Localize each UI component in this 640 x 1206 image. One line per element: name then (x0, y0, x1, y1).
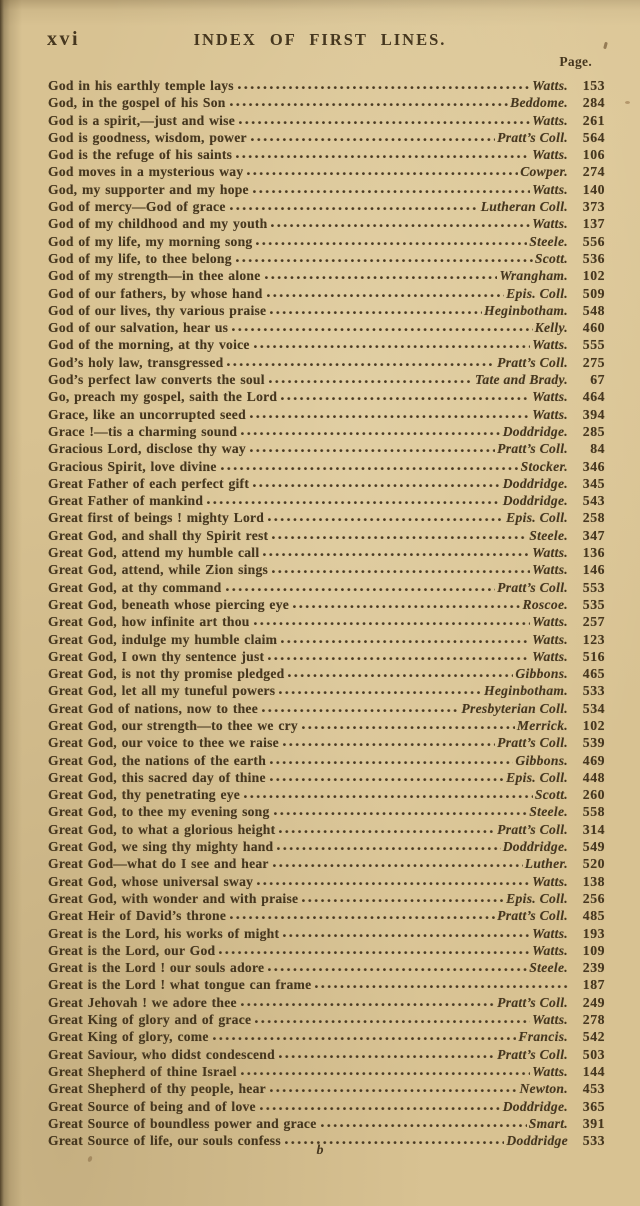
page-number: 109 (571, 942, 605, 959)
dot-leader (249, 406, 530, 419)
signature-mark: b (0, 1143, 640, 1159)
index-entry: Great Source of being and of love Doddri… (48, 1098, 605, 1115)
dot-leader (252, 475, 501, 488)
first-line-text: God moves in a mysterious way (48, 163, 243, 180)
page-number: 260 (571, 786, 605, 803)
running-title: INDEX OF FIRST LINES. (0, 30, 640, 50)
index-entry: Great Father of mankind Doddridge. 543 (48, 492, 605, 509)
page-number: 394 (571, 406, 605, 423)
author-name: Roscoe. (522, 596, 568, 613)
first-line-text: God’s perfect law converts the soul (48, 371, 265, 388)
first-line-text: God is goodness, wisdom, power (48, 129, 247, 146)
index-entry: God is goodness, wisdom, power Pratt’s C… (48, 129, 605, 146)
author-name: Watts. (532, 336, 568, 353)
dot-leader (269, 1080, 518, 1093)
author-name: Doddridge. (503, 492, 568, 509)
index-entry: Great Heir of David’s throne Pratt’s Col… (48, 907, 605, 924)
index-entry: Great is the Lord, his works of might Wa… (48, 925, 605, 942)
first-line-text: God of my life, my morning song (48, 233, 252, 250)
index-entry: God’s perfect law converts the soul Tate… (48, 371, 605, 388)
first-line-text: Great God, our voice to thee we raise (48, 734, 279, 751)
dot-leader (226, 354, 495, 367)
author-name: Lutheran Coll. (481, 198, 568, 215)
index-entry: God of my strength—in thee alone Wrangha… (48, 267, 605, 284)
first-line-text: Great King of glory and of grace (48, 1011, 251, 1028)
index-entry: Great God—what do I see and hear Luther.… (48, 855, 605, 872)
page-number: 106 (571, 146, 605, 163)
index-entry: Great God of nations, now to thee Presby… (48, 700, 605, 717)
index-entry: Great God, attend, while Zion sings Watt… (48, 561, 605, 578)
first-line-text: Great God, to thee my evening song (48, 803, 270, 820)
index-entry: God of our salvation, hear us Kelly. 460 (48, 319, 605, 336)
first-line-text: Great God, whose universal sway (48, 873, 253, 890)
index-entry: God, in the gospel of his Son Beddome. 2… (48, 94, 605, 111)
index-entry: God is a spirit,—just and wise Watts. 26… (48, 112, 605, 129)
page-number: 464 (571, 388, 605, 405)
index-entry: God is the refuge of his saints Watts. 1… (48, 146, 605, 163)
first-line-text: God of my childhood and my youth (48, 215, 267, 232)
author-name: Kelly. (535, 319, 568, 336)
index-entry: God moves in a mysterious way Cowper. 27… (48, 163, 605, 180)
dot-leader (273, 803, 528, 816)
index-entry: Great is the Lord ! our souls adore Stee… (48, 959, 605, 976)
index-entry: Grace !—tis a charming sound Doddridge. … (48, 423, 605, 440)
first-line-text: Great God, this sacred day of thine (48, 769, 266, 786)
first-line-text: Go, preach my gospel, saith the Lord (48, 388, 277, 405)
author-name: Heginbotham. (484, 302, 568, 319)
book-page: xvi INDEX OF FIRST LINES. Page. God in h… (0, 0, 640, 1206)
dot-leader (266, 285, 505, 298)
page-number: 534 (571, 700, 605, 717)
dot-leader (278, 682, 482, 695)
page-number: 347 (571, 527, 605, 544)
author-name: Epis. Coll. (506, 285, 568, 302)
author-name: Watts. (532, 1011, 568, 1028)
page-number: 460 (571, 319, 605, 336)
dot-leader (246, 163, 518, 176)
page-number: 285 (571, 423, 605, 440)
page-number: 485 (571, 907, 605, 924)
author-name: Pratt’s Coll. (497, 354, 568, 371)
author-name: Epis. Coll. (506, 890, 568, 907)
author-name: Watts. (532, 215, 568, 232)
first-line-text: God is the refuge of his saints (48, 146, 232, 163)
paper-speck (87, 1155, 93, 1162)
index-entry: Great God, I own thy sentence just Watts… (48, 648, 605, 665)
first-line-text: Great God, attend, while Zion sings (48, 561, 268, 578)
dot-leader (249, 440, 495, 453)
index-entry: Great God, our voice to thee we raise Pr… (48, 734, 605, 751)
author-name: Pratt’s Coll. (497, 907, 568, 924)
first-line-text: God, my supporter and my hope (48, 181, 249, 198)
dot-leader (301, 717, 515, 730)
page-number: 453 (571, 1080, 605, 1097)
author-name: Gibbons. (515, 665, 568, 682)
dot-leader (253, 336, 530, 349)
author-name: Doddridge. (503, 1098, 568, 1115)
first-line-text: Great King of glory, come (48, 1028, 209, 1045)
first-line-text: God of my life, to thee belong (48, 250, 232, 267)
author-name: Watts. (532, 631, 568, 648)
page-number: 102 (571, 717, 605, 734)
first-line-text: God of mercy—God of grace (48, 198, 226, 215)
first-line-text: Great Source of boundless power and grac… (48, 1115, 317, 1132)
page-number: 257 (571, 613, 605, 630)
dot-leader (264, 267, 498, 280)
dot-leader (220, 458, 519, 471)
dot-leader (267, 959, 527, 972)
page-number: 533 (571, 682, 605, 699)
page-number: 146 (571, 561, 605, 578)
page-number: 564 (571, 129, 605, 146)
first-line-text: Great God, we sing thy mighty hand (48, 838, 273, 855)
page-number: 549 (571, 838, 605, 855)
dot-leader (256, 873, 530, 886)
author-name: Pratt’s Coll. (497, 821, 568, 838)
index-entry: Great Shepherd of thine Israel Watts. 14… (48, 1063, 605, 1080)
dot-leader (229, 907, 495, 920)
author-name: Heginbotham. (484, 682, 568, 699)
first-line-text: Great Jehovah ! we adore thee (48, 994, 237, 1011)
index-entry: Go, preach my gospel, saith the Lord Wat… (48, 388, 605, 405)
first-line-text: Great God, I own thy sentence just (48, 648, 264, 665)
index-entry: Great Shepherd of thy people, hear Newto… (48, 1080, 605, 1097)
dot-leader (262, 544, 530, 557)
author-name: Smart. (529, 1115, 568, 1132)
author-name: Watts. (532, 925, 568, 942)
first-line-text: Great God, is not thy promise pledged (48, 665, 284, 682)
first-line-text: Gracious Lord, disclose thy way (48, 440, 246, 457)
index-entry: God of my life, my morning song Steele. … (48, 233, 605, 250)
index-entry: God of the morning, at thy voice Watts. … (48, 336, 605, 353)
first-line-text: God of our salvation, hear us (48, 319, 228, 336)
index-entry: Gracious Lord, disclose thy way Pratt’s … (48, 440, 605, 457)
first-line-text: Great God, the nations of the earth (48, 752, 266, 769)
author-name: Scott. (535, 250, 568, 267)
first-line-text: God’s holy law, transgressed (48, 354, 223, 371)
index-entry: Great God, to thee my evening song Steel… (48, 803, 605, 820)
dot-leader (270, 215, 530, 228)
author-name: Pratt’s Coll. (497, 1046, 568, 1063)
dot-leader (280, 388, 530, 401)
dot-leader (287, 665, 513, 678)
first-line-text: Great is the Lord ! our souls adore (48, 959, 264, 976)
index-entry: Great God, we sing thy mighty hand Doddr… (48, 838, 605, 855)
author-name: Epis. Coll. (506, 769, 568, 786)
index-entry: Great God, the nations of the earth Gibb… (48, 752, 605, 769)
index-entry: Great is the Lord, our God Watts. 109 (48, 942, 605, 959)
index-entry: Great God, thy penetrating eye Scott. 26… (48, 786, 605, 803)
first-line-text: Great is the Lord, his works of might (48, 925, 279, 942)
author-name: Stocker. (521, 458, 568, 475)
dot-leader (212, 1028, 517, 1041)
page-number: 144 (571, 1063, 605, 1080)
first-line-text: Great God, our strength—to thee we cry (48, 717, 298, 734)
first-line-text: Great God, beneath whose piercing eye (48, 596, 289, 613)
author-name: Steele. (529, 233, 568, 250)
index-entry: Grace, like an uncorrupted seed Watts. 3… (48, 406, 605, 423)
author-name: Pratt’s Coll. (497, 579, 568, 596)
page-number: 274 (571, 163, 605, 180)
author-name: Watts. (532, 544, 568, 561)
dot-leader (278, 821, 495, 834)
first-line-text: Great God, at thy command (48, 579, 222, 596)
author-name: Doddridge. (503, 475, 568, 492)
author-name: Watts. (532, 112, 568, 129)
dot-leader (240, 1063, 530, 1076)
dot-leader (292, 596, 520, 609)
index-entry: God of our fathers, by whose hand Epis. … (48, 285, 605, 302)
index-entry: Great God, our strength—to thee we cry M… (48, 717, 605, 734)
page-number: 67 (571, 371, 605, 388)
first-line-text: Great Shepherd of thine Israel (48, 1063, 237, 1080)
first-line-text: Great God, thy penetrating eye (48, 786, 240, 803)
page-number: 503 (571, 1046, 605, 1063)
page-number: 520 (571, 855, 605, 872)
dot-leader (206, 492, 501, 505)
author-name: Merrick. (517, 717, 568, 734)
author-name: Watts. (532, 648, 568, 665)
first-line-text: Great is the Lord ! what tongue can fram… (48, 976, 311, 993)
index-entry: God of my childhood and my youth Watts. … (48, 215, 605, 232)
first-line-text: Gracious Spirit, love divine (48, 458, 217, 475)
first-line-text: God of our lives, thy various praise (48, 302, 266, 319)
dot-leader (271, 527, 527, 540)
page-number: 556 (571, 233, 605, 250)
first-line-text: Grace !—tis a charming sound (48, 423, 237, 440)
author-name: Watts. (532, 146, 568, 163)
dot-leader (282, 734, 495, 747)
dot-leader (243, 786, 533, 799)
index-entry: God of my life, to thee belong Scott. 53… (48, 250, 605, 267)
index-entry: Great God, with wonder and with praise E… (48, 890, 605, 907)
author-name: Watts. (532, 873, 568, 890)
page-number: 465 (571, 665, 605, 682)
page-number: 373 (571, 198, 605, 215)
author-name: Tate and Brady. (475, 371, 568, 388)
page-number: 239 (571, 959, 605, 976)
index-entry: Great Jehovah ! we adore thee Pratt’s Co… (48, 994, 605, 1011)
dot-leader (272, 855, 523, 868)
page-column-header: Page. (559, 54, 592, 70)
first-line-text: Great God, attend my humble call (48, 544, 259, 561)
author-name: Cowper. (520, 163, 568, 180)
author-name: Epis. Coll. (506, 509, 568, 526)
author-name: Watts. (532, 1063, 568, 1080)
dot-leader (218, 942, 530, 955)
author-name: Watts. (532, 77, 568, 94)
author-name: Pratt’s Coll. (497, 734, 568, 751)
author-name: Watts. (532, 406, 568, 423)
dot-leader (276, 838, 500, 851)
page-number: 140 (571, 181, 605, 198)
index-entry: Great is the Lord ! what tongue can fram… (48, 976, 605, 993)
dot-leader (229, 198, 479, 211)
first-line-text: Great God, indulge my humble claim (48, 631, 277, 648)
dot-leader (261, 700, 459, 713)
page-number: 346 (571, 458, 605, 475)
dot-leader (229, 94, 509, 107)
dot-leader (238, 112, 530, 125)
author-name: Pratt’s Coll. (497, 129, 568, 146)
index-entry: Great King of glory, come Francis. 542 (48, 1028, 605, 1045)
author-name: Beddome. (510, 94, 568, 111)
author-name: Scott. (535, 786, 568, 803)
first-line-text: Great Father of each perfect gift (48, 475, 249, 492)
page-number: 469 (571, 752, 605, 769)
first-line-text: Great God, to what a glorious height (48, 821, 275, 838)
author-name: Pratt’s Coll. (497, 440, 568, 457)
first-line-text: Grace, like an uncorrupted seed (48, 406, 246, 423)
dot-leader (271, 561, 530, 574)
page-number: 536 (571, 250, 605, 267)
dot-leader (320, 1115, 527, 1128)
dot-leader (240, 423, 500, 436)
page-number: 249 (571, 994, 605, 1011)
first-line-text: Great God, how infinite art thou (48, 613, 250, 630)
index-entry: Great Saviour, who didst condescend Prat… (48, 1046, 605, 1063)
author-name: Watts. (532, 561, 568, 578)
first-line-text: Great God, and shall thy Spirit rest (48, 527, 268, 544)
index-entry: Great God, and shall thy Spirit rest Ste… (48, 527, 605, 544)
dot-leader (237, 77, 530, 90)
page-number: 275 (571, 354, 605, 371)
author-name: Watts. (532, 181, 568, 198)
index-entry: Great God, at thy command Pratt’s Coll. … (48, 579, 605, 596)
index-list: God in his earthly temple lays Watts. 15… (48, 77, 605, 1149)
first-line-text: Great God, with wonder and with praise (48, 890, 298, 907)
dot-leader (252, 181, 530, 194)
first-line-text: Great Shepherd of thy people, hear (48, 1080, 266, 1097)
page-number: 553 (571, 579, 605, 596)
page-number: 448 (571, 769, 605, 786)
page-number: 535 (571, 596, 605, 613)
author-name: Steele. (529, 959, 568, 976)
author-name: Watts. (532, 388, 568, 405)
dot-leader (278, 1046, 495, 1059)
page-number: 543 (571, 492, 605, 509)
page-number: 345 (571, 475, 605, 492)
index-entry: Great God, how infinite art thou Watts. … (48, 613, 605, 630)
page-number: 391 (571, 1115, 605, 1132)
author-name: Francis. (518, 1028, 568, 1045)
dot-leader (267, 509, 504, 522)
page-number: 314 (571, 821, 605, 838)
index-entry: Great God, let all my tuneful powers Heg… (48, 682, 605, 699)
first-line-text: God, in the gospel of his Son (48, 94, 226, 111)
paper-speck (625, 101, 630, 104)
author-name: Pratt’s Coll. (497, 994, 568, 1011)
dot-leader (253, 613, 531, 626)
first-line-text: God of the morning, at thy voice (48, 336, 250, 353)
index-entry: Great King of glory and of grace Watts. … (48, 1011, 605, 1028)
index-entry: Great God, beneath whose piercing eye Ro… (48, 596, 605, 613)
author-name: Doddridge. (503, 838, 568, 855)
page-number: 187 (571, 976, 605, 993)
page-number: 509 (571, 285, 605, 302)
author-name: Luther. (525, 855, 568, 872)
page-number: 542 (571, 1028, 605, 1045)
dot-leader (254, 1011, 530, 1024)
page-number: 539 (571, 734, 605, 751)
first-line-text: God in his earthly temple lays (48, 77, 234, 94)
index-entry: God of our lives, thy various praise Heg… (48, 302, 605, 319)
dot-leader (255, 233, 527, 246)
author-name: Wrangham. (499, 267, 568, 284)
index-entry: God, my supporter and my hope Watts. 140 (48, 181, 605, 198)
dot-leader (240, 994, 495, 1007)
page-number: 136 (571, 544, 605, 561)
dot-leader (269, 769, 504, 782)
first-line-text: Great Saviour, who didst condescend (48, 1046, 275, 1063)
dot-leader (250, 129, 495, 142)
dot-leader (259, 1098, 501, 1111)
author-name: Steele. (529, 527, 568, 544)
index-entry: God in his earthly temple lays Watts. 15… (48, 77, 605, 94)
page-number: 558 (571, 803, 605, 820)
first-line-text: God is a spirit,—just and wise (48, 112, 235, 129)
first-line-text: Great Father of mankind (48, 492, 203, 509)
index-entry: Great God, to what a glorious height Pra… (48, 821, 605, 838)
index-entry: Great God, this sacred day of thine Epis… (48, 769, 605, 786)
first-line-text: Great God—what do I see and hear (48, 855, 269, 872)
author-name: Doddridge. (503, 423, 568, 440)
first-line-text: Great Heir of David’s throne (48, 907, 226, 924)
page-number: 365 (571, 1098, 605, 1115)
page-number: 555 (571, 336, 605, 353)
first-line-text: Great God, let all my tuneful powers (48, 682, 275, 699)
dot-leader (314, 976, 569, 989)
page-number: 138 (571, 873, 605, 890)
page-number: 516 (571, 648, 605, 665)
author-name: Gibbons. (515, 752, 568, 769)
dot-leader (269, 752, 513, 765)
page-number: 284 (571, 94, 605, 111)
author-name: Steele. (529, 803, 568, 820)
dot-leader (235, 146, 530, 159)
dot-leader (301, 890, 504, 903)
author-name: Presbyterian Coll. (461, 700, 568, 717)
page-number: 153 (571, 77, 605, 94)
index-entry: Great Father of each perfect gift Doddri… (48, 475, 605, 492)
first-line-text: Great is the Lord, our God (48, 942, 215, 959)
author-name: Watts. (532, 942, 568, 959)
first-line-text: Great Source of being and of love (48, 1098, 256, 1115)
dot-leader (231, 319, 532, 332)
first-line-text: Great God of nations, now to thee (48, 700, 258, 717)
index-entry: God of mercy—God of grace Lutheran Coll.… (48, 198, 605, 215)
dot-leader (269, 302, 482, 315)
page-number: 84 (571, 440, 605, 457)
page-number: 102 (571, 267, 605, 284)
index-entry: Great God, whose universal sway Watts. 1… (48, 873, 605, 890)
dot-leader (235, 250, 533, 263)
first-line-text: Great first of beings ! mighty Lord (48, 509, 264, 526)
index-entry: Great Source of boundless power and grac… (48, 1115, 605, 1132)
author-name: Watts. (532, 613, 568, 630)
page-number: 193 (571, 925, 605, 942)
page-number: 261 (571, 112, 605, 129)
page-number: 137 (571, 215, 605, 232)
author-name: Newton. (519, 1080, 568, 1097)
page-number: 258 (571, 509, 605, 526)
index-entry: Great first of beings ! mighty Lord Epis… (48, 509, 605, 526)
index-entry: Gracious Spirit, love divine Stocker. 34… (48, 458, 605, 475)
index-entry: Great God, is not thy promise pledged Gi… (48, 665, 605, 682)
page-number: 123 (571, 631, 605, 648)
first-line-text: God of my strength—in thee alone (48, 267, 261, 284)
dot-leader (225, 579, 496, 592)
